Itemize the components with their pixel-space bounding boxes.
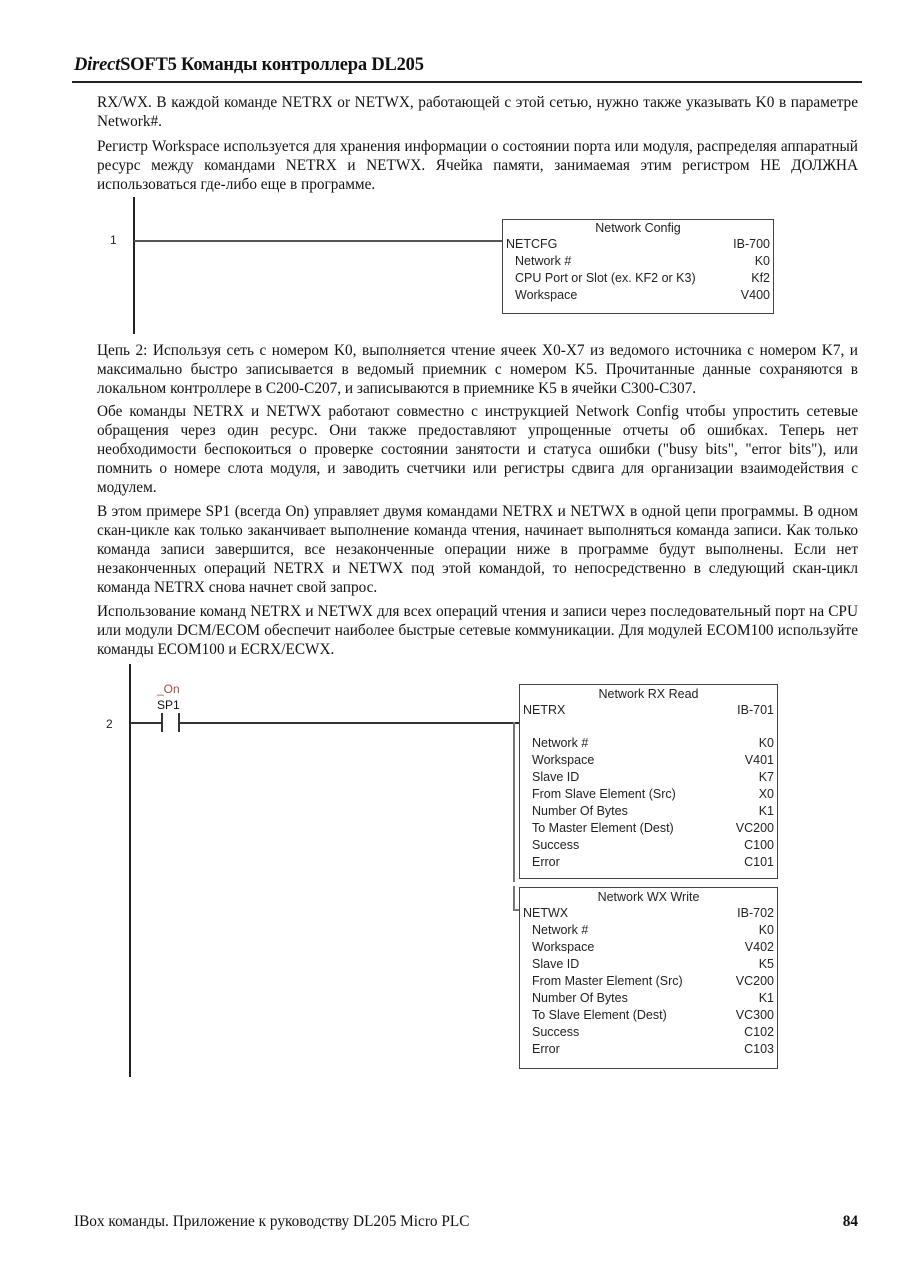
param-value[interactable]: Kf2 (751, 270, 770, 287)
param-label: To Slave Element (Dest) (532, 1007, 667, 1024)
param-label: Success (532, 837, 579, 854)
paragraph-1: RX/WX. В каждой команде NETRX or NETWX, … (97, 93, 858, 131)
param-value[interactable]: V400 (741, 287, 770, 304)
param-label: To Master Element (Dest) (532, 820, 674, 837)
param-label: Slave ID (532, 956, 579, 973)
ibox-spacer (520, 719, 777, 735)
branch-wire-lower (513, 886, 515, 910)
ibox-param-row: To Slave Element (Dest)VC300 (520, 1007, 777, 1024)
param-label: Error (532, 854, 560, 871)
branch-wire (513, 722, 515, 882)
ibox-param-row: Network #K0 (520, 922, 777, 939)
netrx-ibox[interactable]: Network RX Read NETRX IB-701 Network #K0… (519, 684, 778, 879)
param-value[interactable]: C100 (744, 837, 774, 854)
ibox-param-row: WorkspaceV402 (520, 939, 777, 956)
param-value[interactable]: K0 (759, 922, 774, 939)
ibox-param-row: To Master Element (Dest)VC200 (520, 820, 777, 837)
ibox-param-row: ErrorC103 (520, 1041, 777, 1058)
ibox-param-row: Number Of BytesK1 (520, 990, 777, 1007)
rung-number: 2 (106, 717, 113, 731)
param-value[interactable]: C101 (744, 854, 774, 871)
ibox-title: Network WX Write (520, 889, 777, 905)
ibox-param-row: SuccessC102 (520, 1024, 777, 1041)
ibox-param-row: Slave IDK7 (520, 769, 777, 786)
ibox-param-row: From Slave Element (Src)X0 (520, 786, 777, 803)
ibox-params: Network #K0CPU Port or Slot (ex. KF2 or … (503, 253, 773, 304)
ibox-param-row: ErrorC101 (520, 854, 777, 871)
ibox-param-row: Network #K0 (520, 735, 777, 752)
rung-wire-left (130, 722, 161, 724)
param-label: Network # (532, 922, 588, 939)
param-value[interactable]: K0 (755, 253, 770, 270)
ibox-mnemonic: NETCFG (506, 236, 557, 253)
param-value[interactable]: V402 (745, 939, 774, 956)
param-label: Network # (532, 735, 588, 752)
rung-wire (134, 240, 502, 242)
param-label: From Master Element (Src) (532, 973, 683, 990)
paragraph-4: Обе команды NETRX и NETWX работают совме… (97, 402, 858, 497)
ibox-mnemonic: NETRX (523, 702, 565, 719)
ibox-ib-number: IB-701 (737, 702, 774, 719)
param-value[interactable]: VC200 (736, 820, 774, 837)
page-number: 84 (843, 1213, 858, 1231)
header-title-italic: Direct (74, 55, 120, 75)
ibox-params: Network #K0WorkspaceV401Slave IDK7From S… (520, 735, 777, 871)
param-label: Number Of Bytes (532, 803, 628, 820)
ibox-header-row: NETCFG IB-700 (503, 236, 773, 253)
param-label: CPU Port or Slot (ex. KF2 or K3) (515, 270, 696, 287)
left-power-rail (133, 197, 135, 334)
ibox-params: Network #K0WorkspaceV402Slave IDK5From M… (520, 922, 777, 1058)
param-label: From Slave Element (Src) (532, 786, 676, 803)
param-label: Workspace (532, 939, 594, 956)
param-label: Workspace (515, 287, 577, 304)
param-value[interactable]: K1 (759, 803, 774, 820)
param-value[interactable]: C103 (744, 1041, 774, 1058)
paragraph-5: В этом примере SP1 (всегда On) управляет… (97, 502, 858, 597)
network-config-ibox[interactable]: Network Config NETCFG IB-700 Network #K0… (502, 219, 774, 314)
param-label: Network # (515, 253, 571, 270)
footer-text: IBox команды. Приложение к руководству D… (74, 1213, 469, 1231)
ibox-ib-number: IB-700 (733, 236, 770, 253)
netwx-ibox[interactable]: Network WX Write NETWX IB-702 Network #K… (519, 887, 778, 1069)
paragraph-2: Регистр Workspace используется для хране… (97, 137, 858, 194)
param-value[interactable]: K1 (759, 990, 774, 1007)
ibox-title: Network Config (503, 220, 773, 236)
param-label: Number Of Bytes (532, 990, 628, 1007)
param-value[interactable]: C102 (744, 1024, 774, 1041)
paragraph-3: Цепь 2: Используя сеть с номером K0, вып… (97, 341, 858, 398)
header-title-rest: SOFT5 Команды контроллера DL205 (120, 55, 424, 75)
param-value[interactable]: K7 (759, 769, 774, 786)
ibox-param-row: WorkspaceV401 (520, 752, 777, 769)
ibox-ib-number: IB-702 (737, 905, 774, 922)
param-value[interactable]: V401 (745, 752, 774, 769)
ibox-header-row: NETRX IB-701 (520, 702, 777, 719)
ibox-header-row: NETWX IB-702 (520, 905, 777, 922)
param-value[interactable]: X0 (759, 786, 774, 803)
ibox-param-row: CPU Port or Slot (ex. KF2 or K3)Kf2 (503, 270, 773, 287)
contact-bar-left (161, 713, 163, 732)
rung-number: 1 (110, 233, 117, 247)
page-header-title: DirectSOFT5 Команды контроллера DL205 (74, 55, 424, 76)
ibox-title: Network RX Read (520, 686, 777, 702)
ibox-param-row: Number Of BytesK1 (520, 803, 777, 820)
ibox-mnemonic: NETWX (523, 905, 568, 922)
left-power-rail (129, 664, 131, 1077)
ibox-param-row: Network #K0 (503, 253, 773, 270)
ibox-param-row: Slave IDK5 (520, 956, 777, 973)
ibox-param-row: SuccessC100 (520, 837, 777, 854)
param-value[interactable]: K0 (759, 735, 774, 752)
param-value[interactable]: VC300 (736, 1007, 774, 1024)
ibox-param-row: WorkspaceV400 (503, 287, 773, 304)
contact-address: SP1 (157, 698, 180, 712)
contact-nickname: _On (157, 682, 180, 696)
paragraph-6: Использование команд NETRX и NETWX для в… (97, 602, 858, 659)
param-label: Slave ID (532, 769, 579, 786)
rung-wire-right (180, 722, 519, 724)
param-label: Error (532, 1041, 560, 1058)
param-label: Success (532, 1024, 579, 1041)
header-divider (72, 81, 862, 83)
param-value[interactable]: VC200 (736, 973, 774, 990)
param-label: Workspace (532, 752, 594, 769)
ibox-param-row: From Master Element (Src)VC200 (520, 973, 777, 990)
param-value[interactable]: K5 (759, 956, 774, 973)
